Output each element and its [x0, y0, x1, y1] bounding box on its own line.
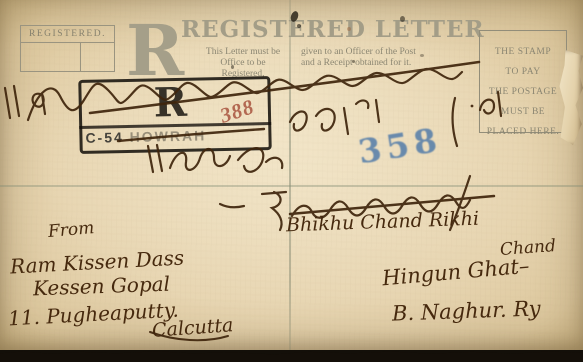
instruction-text-right: given to an Officer of the Post and a Re…: [301, 47, 453, 69]
stamp-box-line4: MUST BE: [480, 102, 566, 122]
handwriting-from-label: From: [47, 218, 95, 242]
stamp-box-line5: PLACED HERE.: [480, 122, 566, 142]
ink-speck: [420, 54, 424, 57]
instruction-left-line1: This Letter must be: [201, 47, 285, 58]
handstamp-office: C-54 HOWRAH: [85, 127, 206, 146]
handstamp-office-name: HOWRAH: [130, 127, 207, 145]
ink-speck: [400, 16, 405, 22]
big-r-monogram: R: [126, 16, 184, 86]
registered-letter-envelope-scan: REGISTERED. R REGISTERED LETTER This Let…: [0, 0, 583, 362]
envelope-paper: REGISTERED. R REGISTERED LETTER This Let…: [0, 0, 583, 350]
instruction-right-line1: given to an Officer of the Post: [301, 47, 453, 58]
ink-speck: [297, 24, 301, 28]
handstamp-office-code: C-54: [85, 129, 124, 146]
registered-box-cells: [21, 43, 114, 71]
registered-box-label: REGISTERED.: [21, 26, 114, 43]
registered-box: REGISTERED.: [20, 25, 115, 72]
stamp-box-line2: TO PAY: [480, 62, 566, 82]
center-crease-line: [289, 0, 291, 350]
rust-speck: [347, 27, 351, 31]
handstamp-r-letter: R: [153, 82, 187, 125]
instruction-right-line2: and a Receipt obtained for it.: [301, 58, 453, 69]
stamp-box-line1: THE STAMP: [480, 42, 566, 62]
handwriting-sender-name2: Kessen Gopal: [33, 272, 171, 301]
ruled-line: [0, 185, 583, 187]
envelope-title: REGISTERED LETTER: [181, 16, 471, 43]
ink-speck: [352, 60, 355, 63]
instruction-text-left: This Letter must be Office to be Registe…: [201, 47, 285, 80]
ink-speck: [231, 65, 234, 69]
stamp-box-line3: THE POSTAGE: [480, 82, 566, 102]
stamp-placement-box: THE STAMP TO PAY THE POSTAGE MUST BE PLA…: [479, 30, 567, 133]
